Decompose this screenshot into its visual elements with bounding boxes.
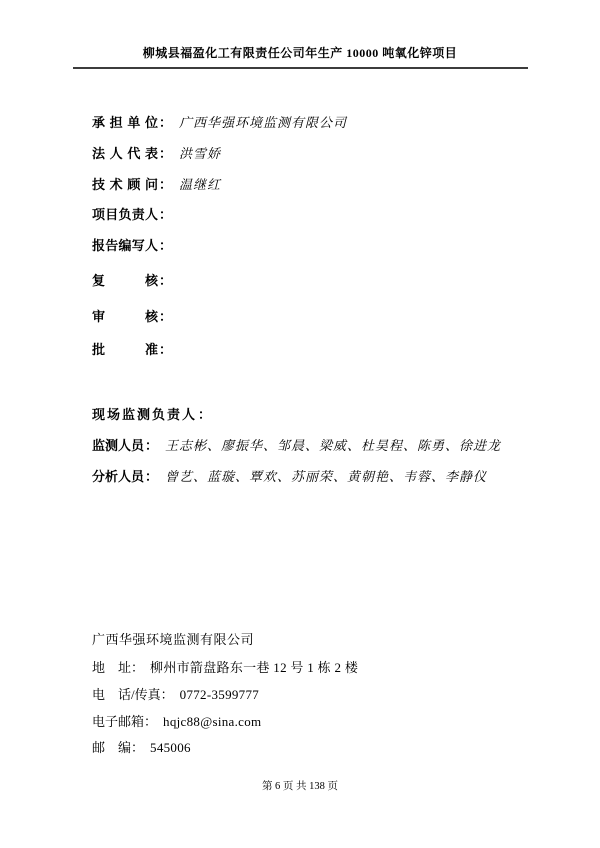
- field-row-technical-advisor: 技术顾问：温继红: [92, 178, 221, 193]
- colon: ：: [198, 407, 211, 422]
- field-label: 监测人员: [92, 438, 144, 453]
- contact-row-email: 电子邮箱：hqjc88@sina.com: [92, 715, 261, 730]
- field-label: 审核: [92, 310, 158, 325]
- field-row-report-writer: 报告编写人：: [92, 239, 179, 254]
- contact-row-postal-code: 邮 编：545006: [92, 741, 191, 756]
- field-row-project-leader: 项目负责人：: [92, 208, 179, 223]
- field-value: 广西华强环境监测有限公司: [179, 115, 347, 130]
- contact-value: 545006: [150, 740, 191, 755]
- contact-row-address: 地 址：柳州市箭盘路东一巷 12 号 1 栋 2 楼: [92, 661, 358, 676]
- colon: ：: [159, 342, 172, 357]
- field-row-approver: 批准：: [92, 343, 179, 358]
- field-label: 批准: [92, 343, 158, 358]
- colon: ：: [159, 238, 172, 253]
- field-label: 报告编写人: [92, 239, 158, 254]
- field-label: 项目负责人: [92, 208, 158, 223]
- field-label: 复核: [92, 274, 158, 289]
- contact-label: 电子邮箱: [92, 714, 144, 729]
- contact-value: 0772-3599777: [180, 687, 259, 702]
- field-row-reviewer: 复核：: [92, 274, 179, 289]
- contact-label: 邮 编: [92, 740, 131, 755]
- field-row-examiner: 审核：: [92, 310, 179, 325]
- colon: ：: [145, 438, 158, 453]
- colon: ：: [159, 273, 172, 288]
- header-divider: [73, 67, 528, 69]
- field-value: 曾艺、蓝璇、覃欢、苏丽荣、黄朝艳、韦蓉、李静仪: [165, 469, 487, 484]
- field-value: 王志彬、廖振华、邹晨、梁威、杜昊程、陈勇、徐进龙: [165, 438, 501, 453]
- field-value: 温继红: [179, 177, 221, 192]
- field-row-site-monitoring-leader: 现场监测负责人：: [92, 408, 218, 423]
- field-label: 现场监测负责人: [92, 407, 197, 422]
- contact-value: hqjc88@sina.com: [163, 714, 261, 729]
- contact-value: 柳州市箭盘路东一巷 12 号 1 栋 2 楼: [150, 660, 358, 675]
- document-page: 柳城县福盈化工有限责任公司年生产 10000 吨氧化锌项目 承担单位：广西华强环…: [0, 0, 600, 848]
- colon: ：: [145, 469, 158, 484]
- colon: ：: [159, 207, 172, 222]
- colon: ：: [131, 740, 144, 755]
- colon: ：: [159, 177, 172, 192]
- page-number-footer: 第 6 页 共 138 页: [0, 782, 600, 793]
- field-label: 法人代表: [92, 147, 158, 162]
- contact-label: 地 址: [92, 660, 131, 675]
- colon: ：: [159, 309, 172, 324]
- contact-label: 电 话/传真: [92, 687, 161, 702]
- field-label: 技术顾问: [92, 178, 158, 193]
- colon: ：: [144, 714, 157, 729]
- colon: ：: [131, 660, 144, 675]
- colon: ：: [159, 115, 172, 130]
- field-row-monitoring-personnel: 监测人员：王志彬、廖振华、邹晨、梁威、杜昊程、陈勇、徐进龙: [92, 439, 501, 454]
- field-row-legal-representative: 法人代表：洪雪娇: [92, 147, 221, 162]
- colon: ：: [161, 687, 174, 702]
- document-header-title: 柳城县福盈化工有限责任公司年生产 10000 吨氧化锌项目: [0, 47, 600, 59]
- field-label: 承担单位: [92, 116, 158, 131]
- contact-row-phone-fax: 电 话/传真：0772-3599777: [92, 688, 259, 703]
- field-row-undertaking-unit: 承担单位：广西华强环境监测有限公司: [92, 116, 347, 131]
- field-value: 洪雪娇: [179, 146, 221, 161]
- field-row-analysis-personnel: 分析人员：曾艺、蓝璇、覃欢、苏丽荣、黄朝艳、韦蓉、李静仪: [92, 470, 487, 485]
- field-label: 分析人员: [92, 469, 144, 484]
- company-name: 广西华强环境监测有限公司: [92, 633, 254, 648]
- colon: ：: [159, 146, 172, 161]
